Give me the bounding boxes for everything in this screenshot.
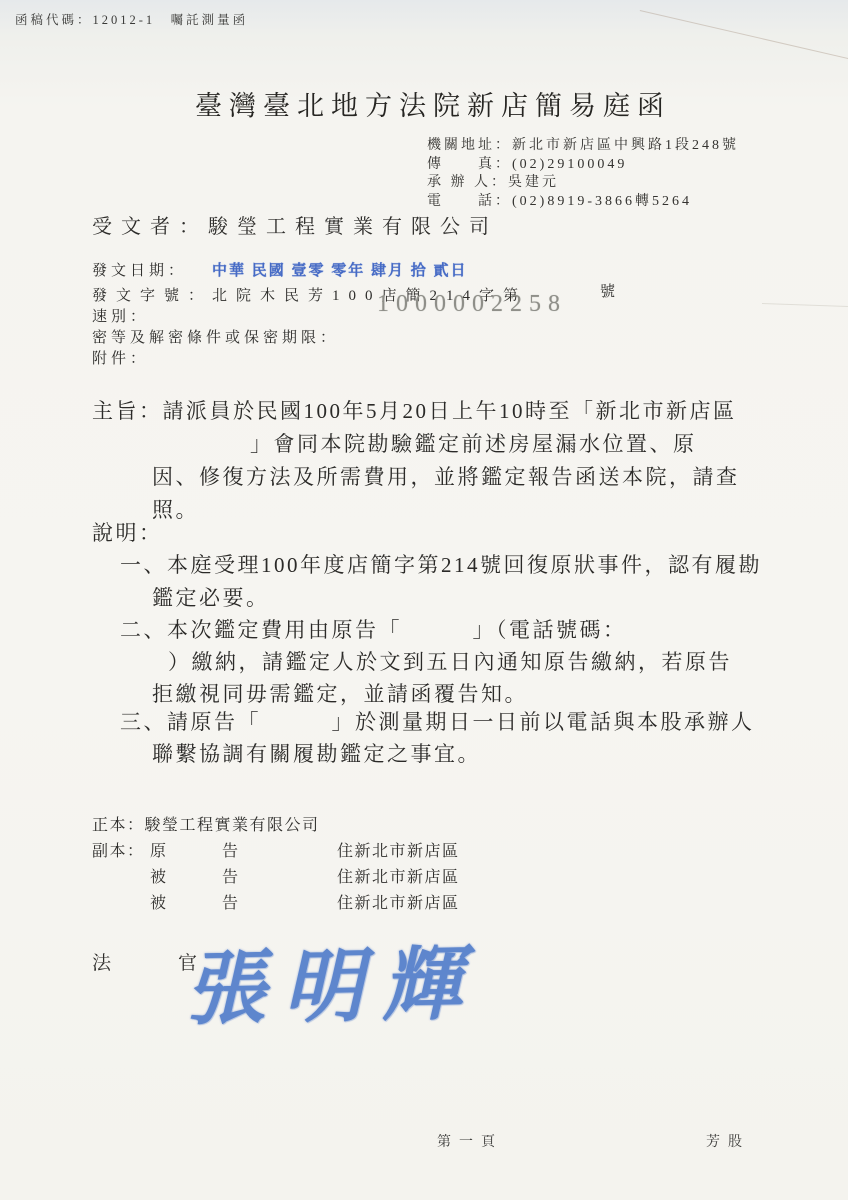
distribution-row-party: 被 (150, 890, 168, 913)
agency-info-block: 機關地址：新北市新店區中興路1段248號 傳 真：(02)29100049 承 … (427, 137, 739, 211)
subject-line-1: 主旨：請派員於民國100年5月20日上午10時至「新北市新店區 (92, 395, 737, 425)
footer-page-number: 第一頁 (437, 1131, 503, 1151)
explanation-item2-line2: ）繳納，請鑑定人於文到五日內通知原告繳納，若原告 (168, 646, 732, 676)
attachment-label: 附件： (92, 347, 149, 368)
serial-number-stamp: 1000002258 (377, 291, 567, 318)
distribution-row-address: 住新北市新店區 (337, 838, 460, 861)
distribution-copy-label: 副本： (92, 838, 145, 861)
distribution-row-address: 住新北市新店區 (337, 864, 460, 887)
judge-signature-stamp: 張明輝 (184, 919, 480, 1040)
explanation-item2-line1: 二、本次鑑定費用由原告「 」（電話號碼： (120, 614, 627, 644)
agency-fax-line: 傳 真：(02)29100049 (427, 156, 739, 175)
security-label: 密等及解密條件或保密期限： (92, 326, 339, 347)
distribution-row-address: 住新北市新店區 (337, 890, 460, 913)
speed-label: 速別： (92, 305, 149, 326)
explanation-item1-line2: 鑑定必要。 (152, 582, 270, 612)
agency-phone-line: 電 話：(02)8919-3866轉5264 (427, 193, 739, 212)
explanation-item3-line1: 三、請原告「 」於測量期日一日前以電話與本股承辦人 (120, 706, 755, 736)
distribution-row-party: 告 (222, 838, 240, 861)
explanation-heading: 說明： (92, 517, 163, 547)
distribution-row-party: 被 (150, 864, 168, 887)
paper: 函稿代碼：12012-1 囑託測量函 臺灣臺北地方法院新店簡易庭函 機關地址：新… (0, 0, 848, 1200)
doc-code: 函稿代碼：12012-1 囑託測量函 (15, 10, 248, 28)
agency-contact-line: 承 辦 人：吳建元 (427, 174, 739, 193)
document-title: 臺灣臺北地方法院新店簡易庭函 (0, 84, 848, 123)
explanation-item3-line2: 聯繫協調有關履勘鑑定之事宜。 (152, 738, 481, 768)
agency-address-line: 機關地址：新北市新店區中興路1段248號 (427, 137, 739, 156)
recipient-line: 受文者：駿瑩工程實業有限公司 (92, 210, 498, 239)
distribution-row-party: 告 (222, 864, 240, 887)
footer-unit: 芳股 (706, 1131, 750, 1151)
distribution-original: 正本：駿瑩工程實業有限公司 (92, 812, 320, 835)
paper-crease-line (762, 303, 848, 307)
explanation-item2-line3: 拒繳視同毋需鑑定，並請函覆告知。 (152, 678, 528, 708)
subject-line-2: 」會同本院勘驗鑑定前述房屋漏水位置、原 (250, 428, 697, 458)
distribution-row-party: 原 (150, 838, 168, 861)
explanation-item1-line1: 一、本庭受理100年度店簡字第214號回復原狀事件，認有履勘 (120, 549, 762, 579)
distribution-row-party: 告 (222, 890, 240, 913)
doc-number-suffix: 號 (600, 280, 619, 301)
issue-date-stamp: 中華 民國 壹零 零年 肆月 拾 貳日 (212, 259, 468, 280)
issue-date-label: 發文日期： (92, 259, 187, 280)
paper-fold-line (640, 10, 848, 61)
subject-line-3: 因、修復方法及所需費用，並將鑑定報告函送本院，請查 (152, 461, 740, 491)
